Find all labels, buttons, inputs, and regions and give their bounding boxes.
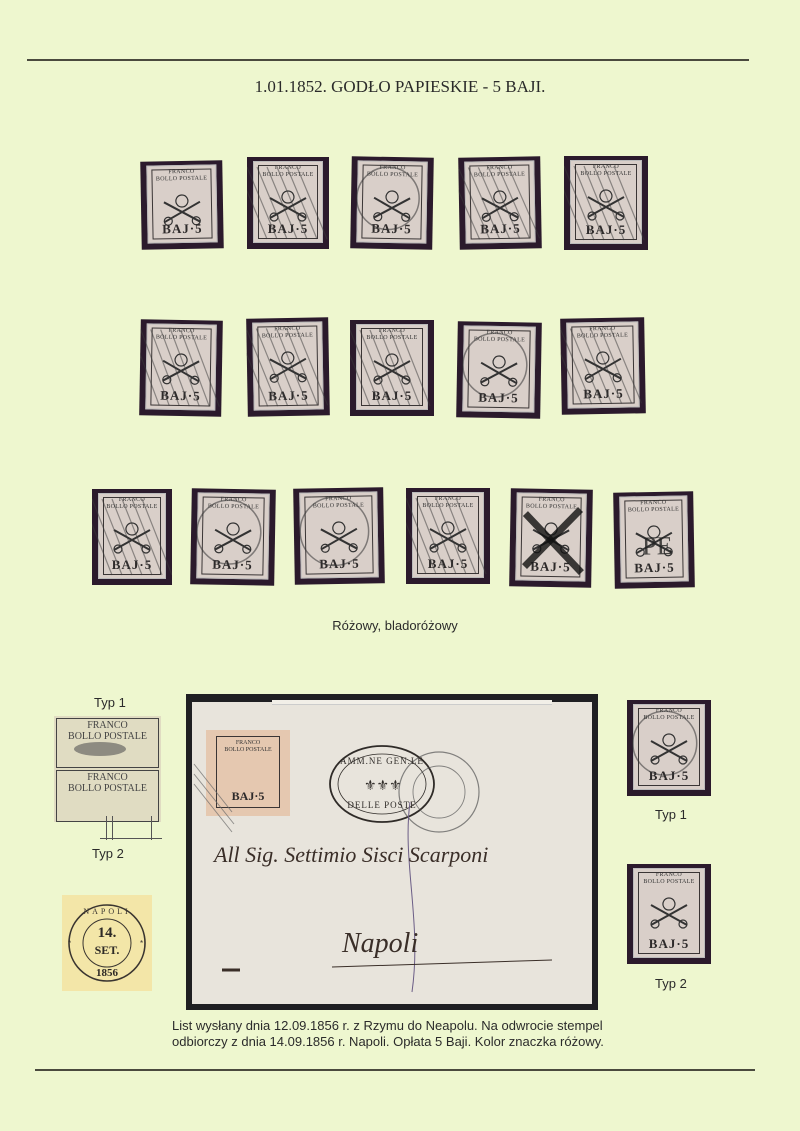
top-rule (27, 59, 749, 61)
postmark-month: SET. (62, 943, 152, 958)
stamp[interactable]: FRANCOBOLLO POSTALE BAJ·5 (406, 488, 490, 584)
stamp[interactable]: FRANCOBOLLO POSTALE BAJ·5 (560, 317, 646, 414)
papal-emblem-icon (265, 188, 311, 224)
stamp[interactable]: FRANCOBOLLO POSTALE BAJ·5 (140, 160, 224, 249)
papal-emblem-icon (316, 519, 363, 556)
stamp[interactable]: FRANCOBOLLO POSTALE BAJ·5 (293, 487, 385, 585)
papal-emblem-icon (476, 353, 523, 390)
stamp-paper: FRANCOBOLLO POSTALE BAJ·5 (146, 164, 217, 243)
oval-bottom-text: DELLE POSTE (320, 800, 444, 810)
stamp[interactable]: FRANCOBOLLO POSTALE BAJ·5 PE (613, 491, 695, 588)
stamp-paper: FRANCOBOLLO POSTALE BAJ·5 (464, 160, 535, 243)
stamp-paper: FRANCOBOLLO POSTALE BAJ·5 (515, 492, 587, 581)
right-typ2-label: Typ 2 (655, 976, 687, 991)
papal-emblem-icon (265, 349, 312, 386)
papal-emblem-icon (369, 188, 416, 225)
stamp-paper: FRANCOBOLLO POSTALE BAJ·5 (633, 868, 705, 958)
svg-text:⚜⚜⚜: ⚜⚜⚜ (364, 777, 402, 793)
stamp[interactable]: FRANCOBOLLO POSTALE BAJ·5 (627, 700, 711, 796)
left-typ1-label: Typ 1 (94, 695, 126, 710)
stamp[interactable]: FRANCOBOLLO POSTALE BAJ·5 (627, 864, 711, 964)
cover-caption-line-2: odbiorczy z dnia 14.09.1856 r. Napoli. O… (172, 1034, 642, 1050)
stamp[interactable]: FRANCOBOLLO POSTALE BAJ·5 (350, 320, 434, 416)
page-title: 1.01.1852. GODŁO PAPIESKIE - 5 BAJI. (0, 77, 800, 97)
papal-emblem-icon (528, 520, 575, 557)
stamp-paper: FRANCOBOLLO POSTALE BAJ·5 (252, 321, 324, 410)
papal-emblem-icon (158, 351, 205, 388)
stamp[interactable]: FRANCOBOLLO POSTALE BAJ·5 (509, 488, 593, 587)
stamp[interactable]: FRANCOBOLLO POSTALE BAJ·5 (564, 156, 648, 250)
postmark-day: 14. (62, 925, 152, 942)
napoli-postmark[interactable]: * * NAPOLI 14. SET. 1856 (62, 895, 152, 991)
stamp-paper: FRANCOBOLLO POSTALE BAJ·5 (412, 492, 484, 578)
stamp[interactable]: FRANCOBOLLO POSTALE BAJ·5 (139, 319, 223, 416)
stamp[interactable]: FRANCOBOLLO POSTALE BAJ·5 (456, 321, 542, 418)
stamp-paper: FRANCOBOLLO POSTALE BAJ·5 (462, 325, 535, 412)
stamp[interactable]: FRANCOBOLLO POSTALE BAJ·5 (247, 157, 329, 249)
stamp-paper: FRANCOBOLLO POSTALE BAJ·5 (356, 324, 428, 410)
postmark-town: NAPOLI (62, 907, 152, 916)
address-line-1: All Sig. Settimio Sisci Scarponi (214, 842, 488, 868)
address-line-2: Napoli (342, 928, 418, 960)
stamp-paper: FRANCOBOLLO POSTALE BAJ·5 (299, 491, 378, 578)
stamp-paper: FRANCOBOLLO POSTALE BAJ·5 (566, 321, 639, 408)
papal-emblem-icon (646, 895, 692, 931)
stamp-paper: FRANCOBOLLO POSTALE BAJ·5 (633, 704, 705, 790)
stamp-paper: FRANCOBOLLO POSTALE BAJ·5 (356, 160, 427, 243)
stamp-paper: FRANCOBOLLO POSTALE BAJ·5 (98, 493, 166, 579)
stamp-paper: FRANCOBOLLO POSTALE BAJ·5 (619, 495, 688, 582)
stamp[interactable]: FRANCOBOLLO POSTALE BAJ·5 (190, 488, 276, 585)
papal-emblem-icon (369, 351, 415, 387)
postmark-year: 1856 (62, 967, 152, 979)
papal-emblem-icon (580, 349, 627, 386)
postal-cover[interactable]: FRANCOBOLLO POSTALE BAJ·5 ⚜⚜⚜ AMM.NE GEN… (186, 694, 598, 1010)
bottom-rule (35, 1069, 755, 1071)
papal-emblem-icon (109, 520, 155, 556)
stamp[interactable]: FRANCOBOLLO POSTALE BAJ·5 (92, 489, 172, 585)
stamp-paper: FRANCOBOLLO POSTALE BAJ·5 (253, 161, 323, 243)
papal-emblem-icon (425, 519, 471, 555)
stamp-paper: FRANCOBOLLO POSTALE BAJ·5 (570, 160, 642, 244)
cover-caption-line-1: List wysłany dnia 12.09.1856 r. z Rzymu … (172, 1018, 642, 1034)
stamp[interactable]: FRANCOBOLLO POSTALE BAJ·5 (350, 156, 434, 249)
stamp[interactable]: FRANCOBOLLO POSTALE BAJ·5 (246, 317, 330, 416)
papal-emblem-icon (477, 188, 524, 225)
envelope: FRANCOBOLLO POSTALE BAJ·5 ⚜⚜⚜ AMM.NE GEN… (192, 702, 592, 1004)
stamp-paper: FRANCOBOLLO POSTALE BAJ·5 (145, 323, 216, 410)
papal-emblem-icon (646, 731, 692, 767)
right-typ1-label: Typ 1 (655, 807, 687, 822)
oval-top-text: AMM.NE GEN.LE (320, 756, 444, 766)
cover-caption: List wysłany dnia 12.09.1856 r. z Rzymu … (172, 1018, 642, 1050)
stamp-paper: FRANCOBOLLO POSTALE BAJ·5 (196, 492, 269, 579)
papal-emblem-icon (631, 523, 678, 560)
papal-emblem-icon (583, 187, 629, 223)
stamp[interactable]: FRANCOBOLLO POSTALE BAJ·5 (458, 156, 542, 249)
color-caption: Różowy, bladoróżowy (0, 618, 790, 633)
left-typ2-label: Typ 2 (92, 846, 124, 861)
type-comparison-detail[interactable]: FRANCOBOLLO POSTALE FRANCOBOLLO POSTALE (54, 716, 161, 822)
papal-emblem-icon (210, 520, 257, 557)
